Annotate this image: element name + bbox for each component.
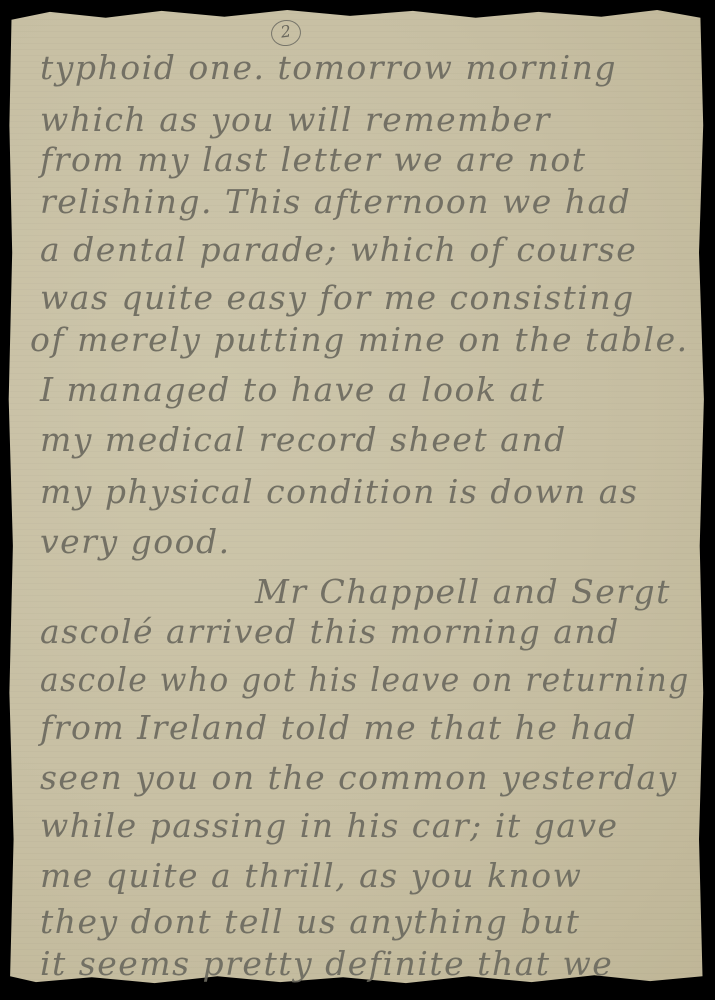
text-line: Mr Chappell and Sergt	[255, 572, 671, 611]
text-line: seen you on the common yesterday	[40, 758, 678, 797]
text-line: while passing in his car; it gave	[40, 806, 619, 845]
text-line: ascolé arrived this morning and	[40, 612, 620, 651]
text-line: relishing. This afternoon we had	[40, 182, 631, 221]
handwritten-text: typhoid one. tomorrow morning which as y…	[0, 0, 715, 1000]
text-line: my physical condition is down as	[40, 472, 638, 511]
text-line: which as you will remember	[40, 100, 551, 139]
text-line: a dental parade; which of course	[40, 230, 637, 269]
text-line: I managed to have a look at	[40, 370, 545, 409]
text-line: they dont tell us anything but	[40, 902, 580, 941]
text-line: of merely putting mine on the table.	[30, 320, 689, 359]
text-line: my medical record sheet and	[40, 420, 567, 459]
text-line: typhoid one. tomorrow morning	[40, 48, 617, 87]
text-line: was quite easy for me consisting	[40, 278, 635, 317]
text-line: it seems pretty definite that we	[40, 944, 613, 983]
text-line: ascole who got his leave on returning	[40, 660, 690, 699]
text-line: from Ireland told me that he had	[40, 708, 637, 747]
text-line: very good.	[40, 522, 231, 561]
text-line: from my last letter we are not	[40, 140, 587, 179]
text-line: me quite a thrill, as you know	[40, 856, 582, 895]
